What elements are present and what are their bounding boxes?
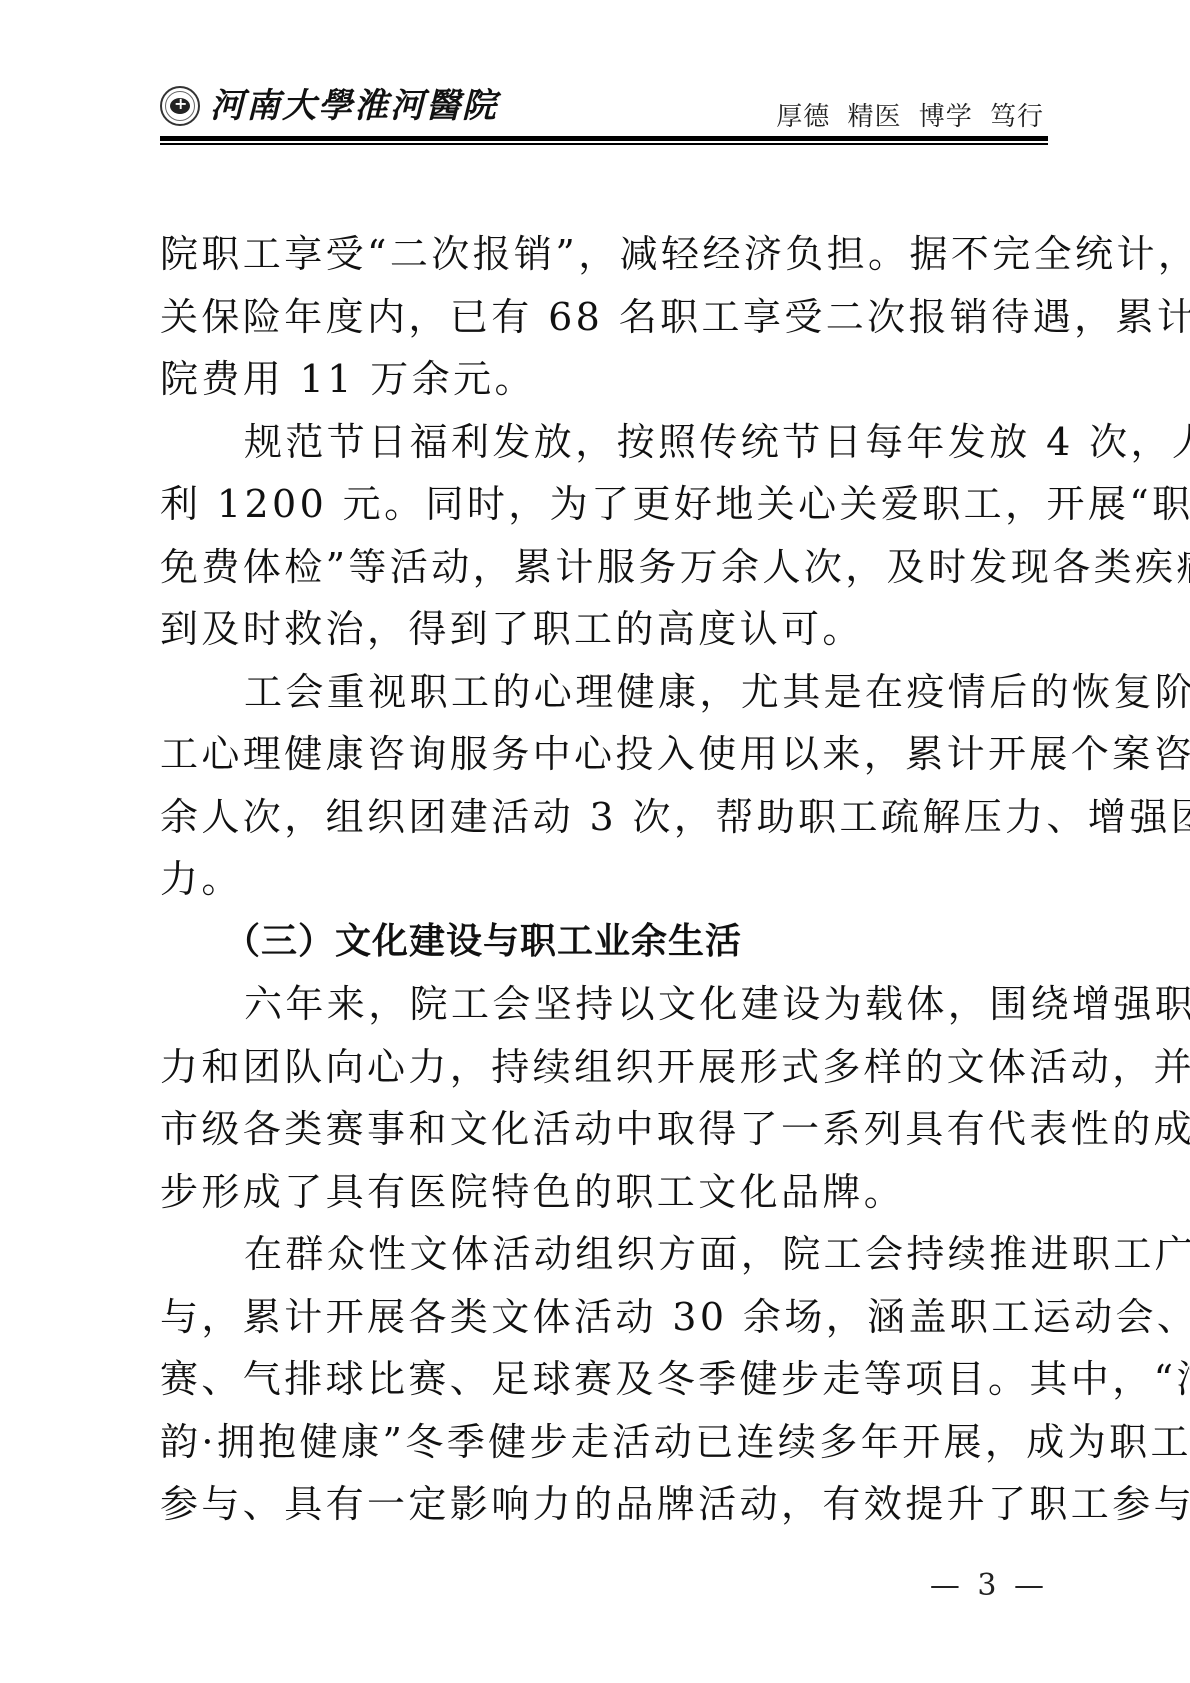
- text-line: 韵·拥抱健康”冬季健步走活动已连续多年开展，成为职工广泛: [160, 1411, 1048, 1474]
- paragraph-mass-activities: 在群众性文体活动组织方面，院工会持续推进职工广泛参 与，累计开展各类文体活动 3…: [160, 1223, 1048, 1536]
- header-double-rule: [160, 136, 1048, 146]
- rule-thin-line: [160, 143, 1048, 145]
- text-line: 力和团队向心力，持续组织开展形式多样的文体活动，并在省、: [160, 1036, 1048, 1099]
- text-line: 免费体检”等活动，累计服务万余人次，及时发现各类疾病并得: [160, 536, 1048, 599]
- page-number: — 3 —: [930, 1568, 1048, 1603]
- text-line: 工会重视职工的心理健康，尤其是在疫情后的恢复阶段，职: [160, 661, 1048, 724]
- text-line: 在群众性文体活动组织方面，院工会持续推进职工广泛参: [160, 1223, 1048, 1286]
- text-line: 余人次，组织团建活动 3 次，帮助职工疏解压力、增强团队凝聚: [160, 786, 1048, 849]
- emblem-cross-icon: [170, 98, 190, 114]
- text-line: 到及时救治，得到了职工的高度认可。: [160, 598, 1048, 661]
- section-heading: （三）文化建设与职工业余生活: [160, 911, 1048, 974]
- document-body: 院职工享受“二次报销”，减轻经济负担。据不完全统计，在相 关保险年度内，已有 6…: [160, 223, 1048, 1536]
- text-line: 与，累计开展各类文体活动 30 余场，涵盖职工运动会、合唱比: [160, 1286, 1048, 1349]
- paragraph-mental-health: 工会重视职工的心理健康，尤其是在疫情后的恢复阶段，职 工心理健康咨询服务中心投入…: [160, 661, 1048, 911]
- text-line: 六年来，院工会坚持以文化建设为载体，围绕增强职工凝聚: [160, 973, 1048, 1036]
- paragraph-culture-building: 六年来，院工会坚持以文化建设为载体，围绕增强职工凝聚 力和团队向心力，持续组织开…: [160, 973, 1048, 1223]
- hospital-name: 河南大學淮河醫院: [210, 86, 498, 126]
- text-line: 市级各类赛事和文化活动中取得了一系列具有代表性的成果，逐: [160, 1098, 1048, 1161]
- text-line: 工心理健康咨询服务中心投入使用以来，累计开展个案咨询 30: [160, 723, 1048, 786]
- text-line: 院费用 11 万余元。: [160, 348, 1048, 411]
- text-line: 力。: [160, 848, 1048, 911]
- paragraph-reimbursement: 院职工享受“二次报销”，减轻经济负担。据不完全统计，在相 关保险年度内，已有 6…: [160, 223, 1048, 411]
- text-line: 院职工享受“二次报销”，减轻经济负担。据不完全统计，在相: [160, 223, 1048, 286]
- text-line: 关保险年度内，已有 68 名职工享受二次报销待遇，累计报销住: [160, 286, 1048, 349]
- text-line: 步形成了具有医院特色的职工文化品牌。: [160, 1161, 1048, 1224]
- hospital-logo: 河南大學淮河醫院: [160, 86, 498, 126]
- hospital-emblem-icon: [160, 86, 200, 126]
- text-line: 利 1200 元。同时，为了更好地关心关爱职工，开展“职工父母: [160, 473, 1048, 536]
- text-line: 赛、气排球比赛、足球赛及冬季健步走等项目。其中，“汴城水: [160, 1348, 1048, 1411]
- paragraph-holiday-welfare: 规范节日福利发放，按照传统节日每年发放 4 次，人均福 利 1200 元。同时，…: [160, 411, 1048, 661]
- text-line: 参与、具有一定影响力的品牌活动，有效提升了职工参与度和团: [160, 1473, 1048, 1536]
- text-line: 规范节日福利发放，按照传统节日每年发放 4 次，人均福: [160, 411, 1048, 474]
- hospital-motto: 厚德 精医 博学 笃行: [776, 96, 1044, 133]
